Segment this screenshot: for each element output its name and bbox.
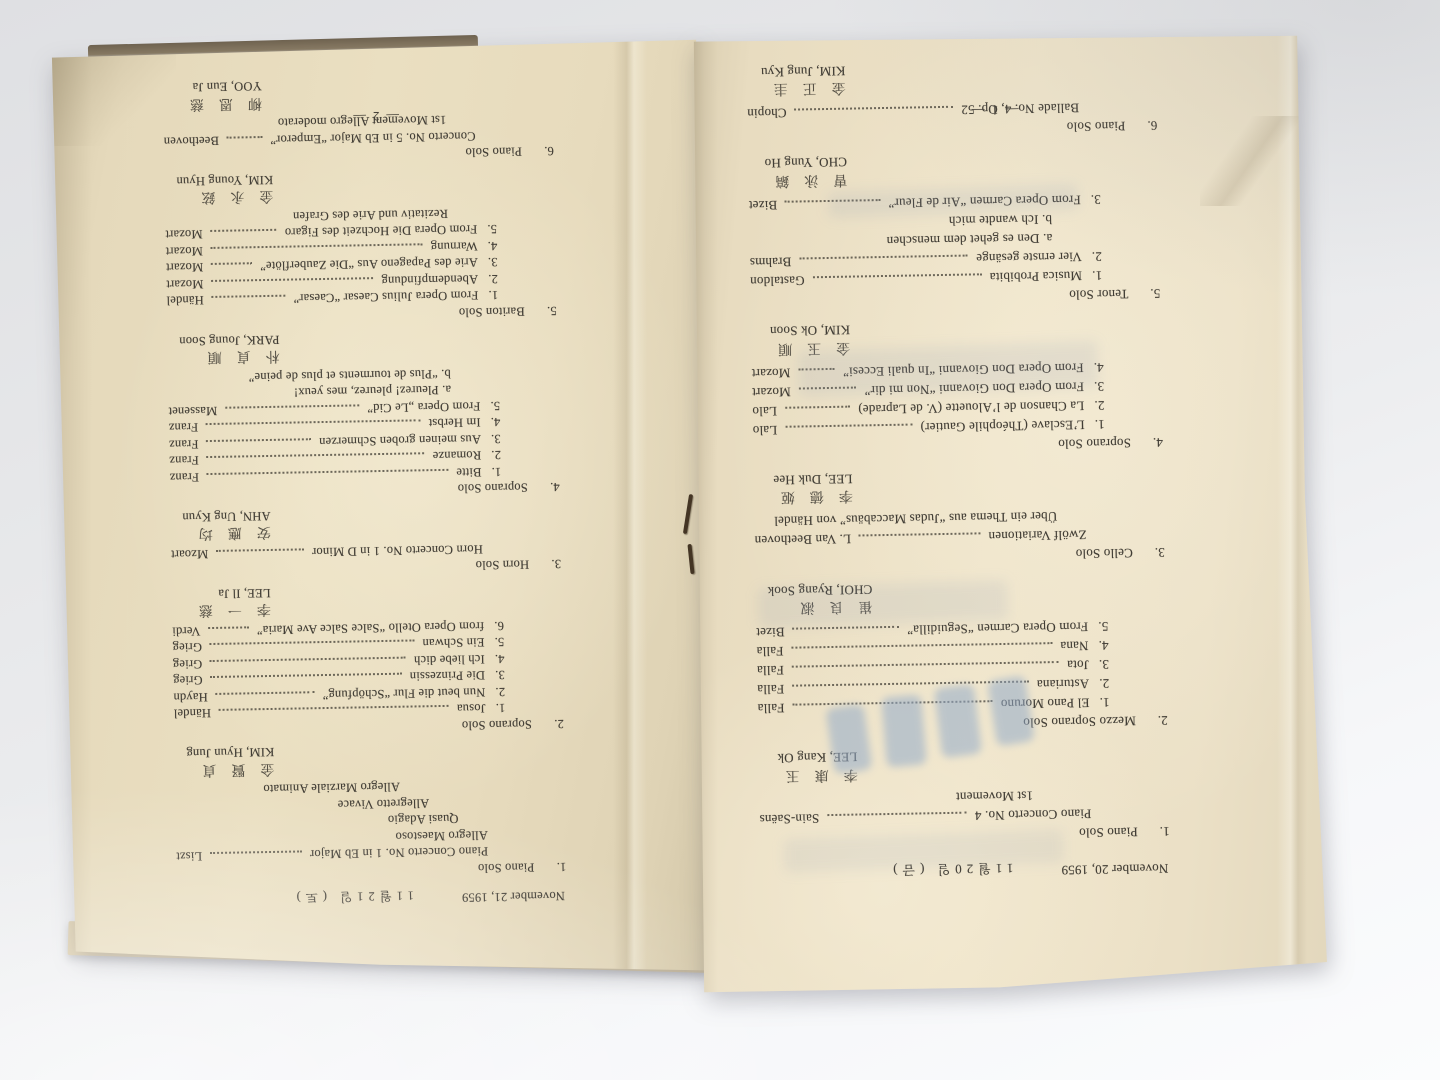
piece-title: Musica Probibita bbox=[989, 267, 1082, 288]
composer-name: Bizet bbox=[749, 196, 778, 215]
item-number: 3. bbox=[488, 254, 512, 271]
item-number: 5. bbox=[487, 221, 511, 238]
dotted-leader bbox=[211, 263, 252, 274]
piece-title: Piano Concerto No. 4 bbox=[975, 804, 1092, 825]
page-left-content: November 21, 1959 11월21일 (토) 1.Piano Sol… bbox=[66, 53, 697, 956]
item-number: 3. bbox=[1099, 655, 1123, 674]
performer-name: KIM, Hyun Jung bbox=[186, 744, 274, 761]
composer-name: Mozart bbox=[165, 226, 203, 243]
performer-block: 李德姬LEE, Duk Hee bbox=[765, 470, 853, 505]
section-title: Tenor Solo bbox=[1069, 285, 1129, 305]
item-number: 1. bbox=[491, 463, 515, 480]
piece-title: Asturiana bbox=[1037, 675, 1090, 695]
piece-title: Abendempfindung bbox=[381, 271, 478, 289]
item-number: 2. bbox=[1091, 247, 1115, 266]
composer-name: Haydn bbox=[173, 688, 208, 705]
composer-name: Gastaldon bbox=[750, 271, 805, 291]
piece-title: From Opera Julius Caesar “Caesar” bbox=[293, 287, 478, 307]
dotted-leader bbox=[210, 640, 415, 654]
item-number: 2. bbox=[1094, 396, 1118, 415]
photo-scene: November 21, 1959 11월21일 (토) 1.Piano Sol… bbox=[0, 0, 1440, 1080]
dotted-leader bbox=[225, 404, 359, 417]
piece-title: Aus meinen groben Schmerzen bbox=[319, 430, 481, 449]
dotted-leader bbox=[785, 423, 912, 436]
piece-title: From Opera „Le Cid” bbox=[367, 397, 480, 415]
performer-block: 安應均AHN, Ung Kyun bbox=[182, 507, 271, 542]
section-number: 6. bbox=[534, 143, 554, 160]
piece-title: Nun beut die Flur “Schöpfung” bbox=[322, 684, 485, 703]
piece-title: Bitte bbox=[456, 463, 482, 480]
composer-name: Lalo bbox=[752, 402, 777, 421]
composer-name: Grieg bbox=[173, 656, 203, 673]
composer-name: Mozart bbox=[165, 243, 203, 260]
composer-name: Brahms bbox=[750, 253, 792, 273]
performer-hanja: 曺泳鎬 bbox=[760, 170, 847, 189]
piece-title: Die Prinzessin bbox=[410, 667, 486, 685]
piece-title: Josua bbox=[457, 700, 486, 717]
composer-name: Franz bbox=[169, 468, 199, 485]
piece-title: Horn Concerto No. 1 in D Minor bbox=[312, 540, 483, 559]
section-number: 2. bbox=[544, 715, 564, 732]
dotted-leader bbox=[227, 136, 263, 147]
item-number: 5. bbox=[490, 397, 514, 414]
section-title: Soprano Solo bbox=[1058, 433, 1131, 453]
piece-title: Piano Concerto No. 1 in Eb Major bbox=[310, 843, 489, 863]
section-title: Soprano Solo bbox=[462, 716, 532, 734]
dotted-leader bbox=[792, 661, 1059, 677]
piece-title: Im Herbst bbox=[428, 414, 480, 431]
program-section: 5.Tenor Solo1.Musica ProbibitaGastaldon2… bbox=[748, 148, 1213, 311]
piece-title: Zwölf Variationen bbox=[988, 526, 1086, 547]
performer-name: CHO, Yung Ho bbox=[760, 154, 847, 172]
item-number: 4. bbox=[1098, 636, 1122, 655]
dotted-leader bbox=[210, 656, 406, 670]
composer-name: L. Van Beethoven bbox=[754, 530, 851, 551]
dotted-leader bbox=[216, 548, 304, 560]
composer-name: Mozart bbox=[166, 259, 204, 276]
dotted-leader bbox=[219, 705, 449, 720]
composer-name: Verdi bbox=[172, 623, 200, 640]
item-number: 4. bbox=[495, 650, 519, 667]
item-number: 2. bbox=[1099, 674, 1123, 693]
composer-name: Sain-Saëns bbox=[759, 809, 819, 829]
item-number: 3. bbox=[495, 667, 519, 684]
composer-name: Händel bbox=[166, 292, 204, 309]
performer-block: 李一慈LEE, Il Ja bbox=[183, 584, 271, 619]
dotted-leader bbox=[812, 273, 981, 287]
composer-name: Franz bbox=[169, 452, 199, 469]
performer-name: KIM, Jung Kyu bbox=[758, 62, 845, 80]
composer-name: Falla bbox=[756, 642, 783, 661]
piece-title: From Opera Die Hochzeit des Figaro bbox=[285, 221, 478, 241]
dotted-leader bbox=[216, 691, 315, 703]
dotted-leader bbox=[208, 626, 249, 637]
dotted-leader bbox=[799, 255, 968, 269]
dotted-leader bbox=[827, 812, 967, 826]
item-number: 3. bbox=[1090, 190, 1114, 209]
performer-name: LEE, Duk Hee bbox=[765, 470, 852, 488]
piece-title: Nana bbox=[1060, 637, 1089, 656]
date-row: November 21, 1959 11월21일 (토) bbox=[177, 884, 619, 910]
performer-hanja: 安應均 bbox=[182, 523, 271, 542]
item-number: 1. bbox=[1094, 415, 1118, 434]
composer-name: Liszt bbox=[176, 848, 202, 865]
performer-hanja: 李德姬 bbox=[766, 487, 853, 506]
dotted-leader bbox=[859, 533, 981, 546]
section-title: Piano Solo bbox=[1079, 823, 1138, 843]
composer-name: Mozart bbox=[752, 382, 791, 402]
section-title: Piano Solo bbox=[478, 859, 535, 876]
section-title: Piano Solo bbox=[465, 143, 522, 160]
item-number: 4. bbox=[490, 413, 514, 430]
piece-title: L’Esclave (Théophile Gautier) bbox=[920, 415, 1084, 437]
composer-name: Lalo bbox=[752, 421, 777, 440]
section-number: 1. bbox=[1150, 822, 1170, 841]
composer-name: Falla bbox=[757, 699, 784, 718]
page-left: November 21, 1959 11월21일 (토) 1.Piano Sol… bbox=[46, 36, 706, 976]
section-number: 1. bbox=[546, 858, 566, 875]
item-number: 1. bbox=[1092, 266, 1116, 285]
composer-name: Mzoart bbox=[171, 545, 209, 562]
performer-name: PARK, Joung Soon bbox=[179, 331, 280, 348]
dotted-leader bbox=[785, 405, 850, 417]
composer-name: Händel bbox=[173, 705, 211, 722]
composer-name: Falla bbox=[757, 661, 784, 680]
dotted-leader bbox=[207, 452, 425, 467]
piece-title: La Chanson de l’Alouette (V. de Laprade) bbox=[858, 396, 1084, 419]
page-right-wrap: November 20, 1959 11월20일 (금) 1.Piano Sol… bbox=[688, 28, 1336, 1003]
section-number: 2. bbox=[1148, 711, 1168, 730]
performer-block: 金正圭KIM, Jung Kyu bbox=[758, 62, 846, 97]
composer-name: Grieg bbox=[172, 639, 202, 656]
corner-crease bbox=[1200, 116, 1310, 206]
section-number: 4. bbox=[540, 479, 560, 496]
performer-name: YOO, Eun Ja bbox=[175, 78, 262, 95]
dotted-leader bbox=[212, 295, 286, 307]
piece-title: Ein Schwan bbox=[422, 634, 484, 652]
piece-title: Warnung bbox=[430, 238, 477, 255]
staple bbox=[676, 492, 706, 588]
composer-name: Franz bbox=[168, 419, 198, 436]
performer-block: 朴貞順PARK, Joung Soon bbox=[179, 331, 280, 366]
performer-hanja: 李一慈 bbox=[184, 600, 271, 619]
performer-block: 曺泳鎬CHO, Yung Ho bbox=[760, 154, 848, 189]
section-title: Soprano Solo bbox=[457, 479, 527, 497]
section-title: Cello Solo bbox=[1075, 544, 1133, 564]
item-number: 5. bbox=[494, 634, 518, 651]
performer-block: 金賢貞KIM, Hyun Jung bbox=[186, 744, 274, 779]
page-edge-shadow bbox=[46, 36, 92, 976]
performer-hanja: 金正圭 bbox=[759, 78, 846, 97]
dotted-leader bbox=[210, 851, 302, 863]
item-number: 5. bbox=[1098, 617, 1122, 636]
performer-block: 柳恩慈YOO, Eun Ja bbox=[175, 78, 263, 113]
date-korean: 11월21일 (토) bbox=[291, 888, 414, 908]
performer-block: 金永鉉KIM, Young Hyun bbox=[176, 171, 273, 206]
section-number: 3. bbox=[541, 556, 561, 573]
page-right: November 20, 1959 11월20일 (금) 1.Piano Sol… bbox=[688, 28, 1336, 1003]
piece-title: Ich liebe dich bbox=[414, 651, 485, 669]
program-section: 5.Bariton Solo1.From Opera Julius Caesar… bbox=[164, 165, 609, 325]
section-number: 4. bbox=[1143, 433, 1163, 452]
section-number: 3. bbox=[1145, 544, 1165, 563]
program-section: 4.Soprano Solo1.BitteFranz2.RomanzeFranz… bbox=[167, 325, 612, 502]
dotted-leader bbox=[206, 438, 311, 451]
date-english: November 21, 1959 bbox=[462, 885, 565, 905]
piece-title: Jota bbox=[1067, 656, 1089, 675]
item-number: 2. bbox=[495, 683, 519, 700]
composer-name: Massenet bbox=[168, 402, 217, 419]
section-title: Bariton Solo bbox=[459, 303, 525, 321]
page-left-wrap: November 21, 1959 11월21일 (토) 1.Piano Sol… bbox=[46, 36, 706, 976]
composer-name: Falla bbox=[757, 680, 784, 699]
item-number: 6. bbox=[494, 617, 518, 634]
section-title: Piano Solo bbox=[1067, 117, 1126, 137]
program-section: 3.Horn SoloHorn Concerto No. 1 in D Mino… bbox=[170, 501, 613, 579]
section-number: 6. bbox=[1137, 116, 1157, 135]
performer-name: AHN, Ung Kyun bbox=[182, 507, 271, 524]
composer-name: Grieg bbox=[173, 672, 203, 689]
date-english: November 20, 1959 bbox=[1061, 857, 1168, 878]
item-number: 4. bbox=[487, 237, 511, 254]
program-section: 1.Piano SoloPiano Concerto No. 1 in Eb M… bbox=[174, 738, 618, 882]
performer-name: KIM, Young Hyun bbox=[176, 171, 273, 188]
item-number: 1. bbox=[495, 700, 519, 717]
dotted-leader bbox=[791, 642, 1052, 658]
section-number: 5. bbox=[1140, 284, 1160, 303]
item-number: 1. bbox=[488, 287, 512, 304]
program-section: 3.Cello SoloZwölf VariationenL. Van Beet… bbox=[753, 464, 1217, 570]
program-section: 2.Soprano Solo1.JosuaHändel2.Nun beut di… bbox=[171, 578, 616, 738]
blue-ink-stamp bbox=[826, 676, 1041, 788]
performer-name: KIM, Ok Soon bbox=[763, 322, 850, 340]
item-number: 2. bbox=[488, 270, 512, 287]
performer-hanja: 金賢貞 bbox=[186, 759, 274, 778]
dotted-leader bbox=[210, 229, 276, 241]
performer-name: LEE, Il Ja bbox=[183, 584, 270, 601]
item-number: 2. bbox=[491, 446, 515, 463]
piece-title: Vier ernste gesänge bbox=[976, 248, 1082, 269]
composer-name: Mozart bbox=[751, 363, 790, 383]
composer-name: Franz bbox=[169, 435, 199, 452]
item-number: 1. bbox=[1099, 693, 1123, 712]
composer-name: Mozart bbox=[166, 276, 204, 293]
section-title: Horn Solo bbox=[475, 556, 529, 573]
dotted-leader bbox=[793, 626, 900, 639]
program-left: 1.Piano SoloPiano Concerto No. 1 in Eb M… bbox=[163, 72, 619, 882]
section-number: 5. bbox=[537, 302, 557, 319]
piece-title: Romanze bbox=[432, 447, 481, 464]
item-number: 3. bbox=[491, 430, 515, 447]
performer-hanja: 朴貞順 bbox=[179, 346, 280, 365]
performer-hanja: 金永鉉 bbox=[176, 187, 273, 206]
